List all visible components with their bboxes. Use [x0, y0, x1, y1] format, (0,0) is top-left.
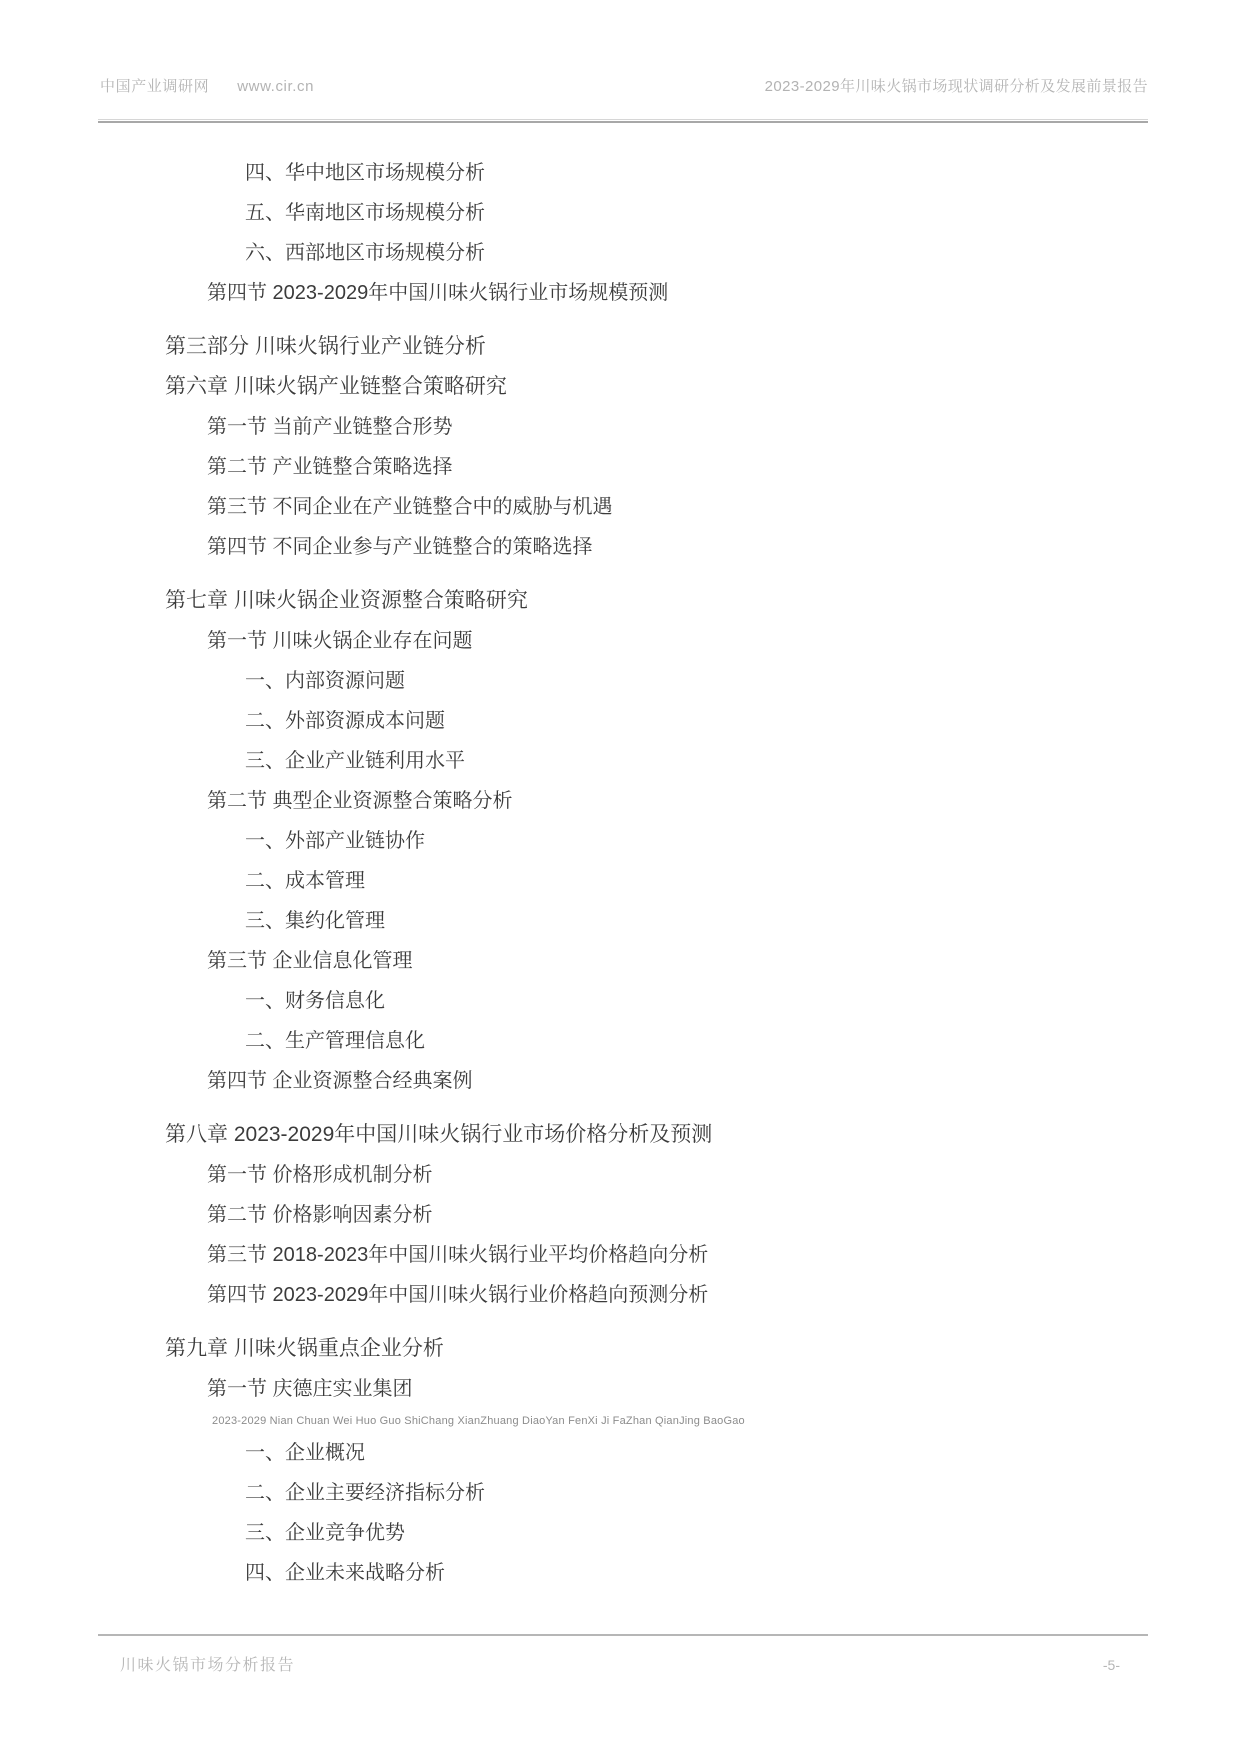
header-report-title: 2023-2029年川味火锅市场现状调研分析及发展前景报告	[765, 78, 1148, 95]
toc-entry-section: 第一节 川味火锅企业存在问题	[100, 621, 1200, 661]
toc-entry-section: 第四节 不同企业参与产业链整合的策略选择	[100, 527, 1200, 567]
toc-entry-section: 第二节 产业链整合策略选择	[100, 447, 1200, 487]
toc-entry-item: 一、企业概况	[100, 1433, 1200, 1473]
toc-entry-item: 二、外部资源成本问题	[100, 701, 1200, 741]
toc-entry-section: 第一节 当前产业链整合形势	[100, 407, 1200, 447]
toc-entry-item: 三、企业竞争优势	[100, 1513, 1200, 1553]
footer-divider	[98, 1634, 1148, 1636]
toc-entry-section: 第四节 2023-2029年中国川味火锅行业价格趋向预测分析	[100, 1275, 1200, 1315]
toc-entry-item: 二、企业主要经济指标分析	[100, 1473, 1200, 1513]
toc-entry-item: 四、企业未来战略分析	[100, 1553, 1200, 1593]
toc-entry-chapter: 第六章 川味火锅产业链整合策略研究	[100, 367, 1200, 407]
toc-entry-item: 一、外部产业链协作	[100, 821, 1200, 861]
toc-entry-item: 一、财务信息化	[100, 981, 1200, 1021]
toc-entry-section: 第一节 价格形成机制分析	[100, 1155, 1200, 1195]
pinyin-watermark: 2023-2029 Nian Chuan Wei Huo Guo ShiChan…	[100, 1409, 1200, 1433]
toc-entry-chapter: 第七章 川味火锅企业资源整合策略研究	[100, 581, 1200, 621]
toc-entry-chapter: 第九章 川味火锅重点企业分析	[100, 1329, 1200, 1369]
toc-entry-section: 第二节 典型企业资源整合策略分析	[100, 781, 1200, 821]
page-number: -5-	[1103, 1657, 1120, 1673]
site-url: www.cir.cn	[237, 78, 314, 95]
site-name: 中国产业调研网	[100, 78, 209, 95]
header-divider	[98, 119, 1148, 123]
toc-entry-section: 第四节 企业资源整合经典案例	[100, 1061, 1200, 1101]
toc-entry-item: 一、内部资源问题	[100, 661, 1200, 701]
toc-entry-item: 六、西部地区市场规模分析	[100, 233, 1200, 273]
page-header: 中国产业调研网 www.cir.cn 2023-2029年川味火锅市场现状调研分…	[100, 78, 1148, 95]
toc-entry-section: 第三节 不同企业在产业链整合中的威胁与机遇	[100, 487, 1200, 527]
toc-entry-item: 四、华中地区市场规模分析	[100, 153, 1200, 193]
toc-entry-item: 三、企业产业链利用水平	[100, 741, 1200, 781]
toc-entry-section: 第三节 2018-2023年中国川味火锅行业平均价格趋向分析	[100, 1235, 1200, 1275]
toc-entry-section: 第一节 庆德庄实业集团	[100, 1369, 1200, 1409]
toc-entry-chapter: 第八章 2023-2029年中国川味火锅行业市场价格分析及预测	[100, 1115, 1200, 1155]
toc-entry-section: 第四节 2023-2029年中国川味火锅行业市场规模预测	[100, 273, 1200, 313]
header-left: 中国产业调研网 www.cir.cn	[100, 78, 314, 95]
toc-entry-item: 二、成本管理	[100, 861, 1200, 901]
toc-entry-section: 第三节 企业信息化管理	[100, 941, 1200, 981]
report-page: 中国产业调研网 www.cir.cn 2023-2029年川味火锅市场现状调研分…	[0, 0, 1240, 1755]
toc-entry-item: 二、生产管理信息化	[100, 1021, 1200, 1061]
toc-entry-item: 五、华南地区市场规模分析	[100, 193, 1200, 233]
table-of-contents: 四、华中地区市场规模分析五、华南地区市场规模分析六、西部地区市场规模分析第四节 …	[100, 153, 1200, 1593]
toc-entry-part: 第三部分 川味火锅行业产业链分析	[100, 327, 1200, 367]
toc-entry-item: 三、集约化管理	[100, 901, 1200, 941]
toc-entry-section: 第二节 价格影响因素分析	[100, 1195, 1200, 1235]
page-footer: 川味火锅市场分析报告 -5-	[120, 1652, 1120, 1675]
footer-report-name: 川味火锅市场分析报告	[120, 1652, 295, 1675]
